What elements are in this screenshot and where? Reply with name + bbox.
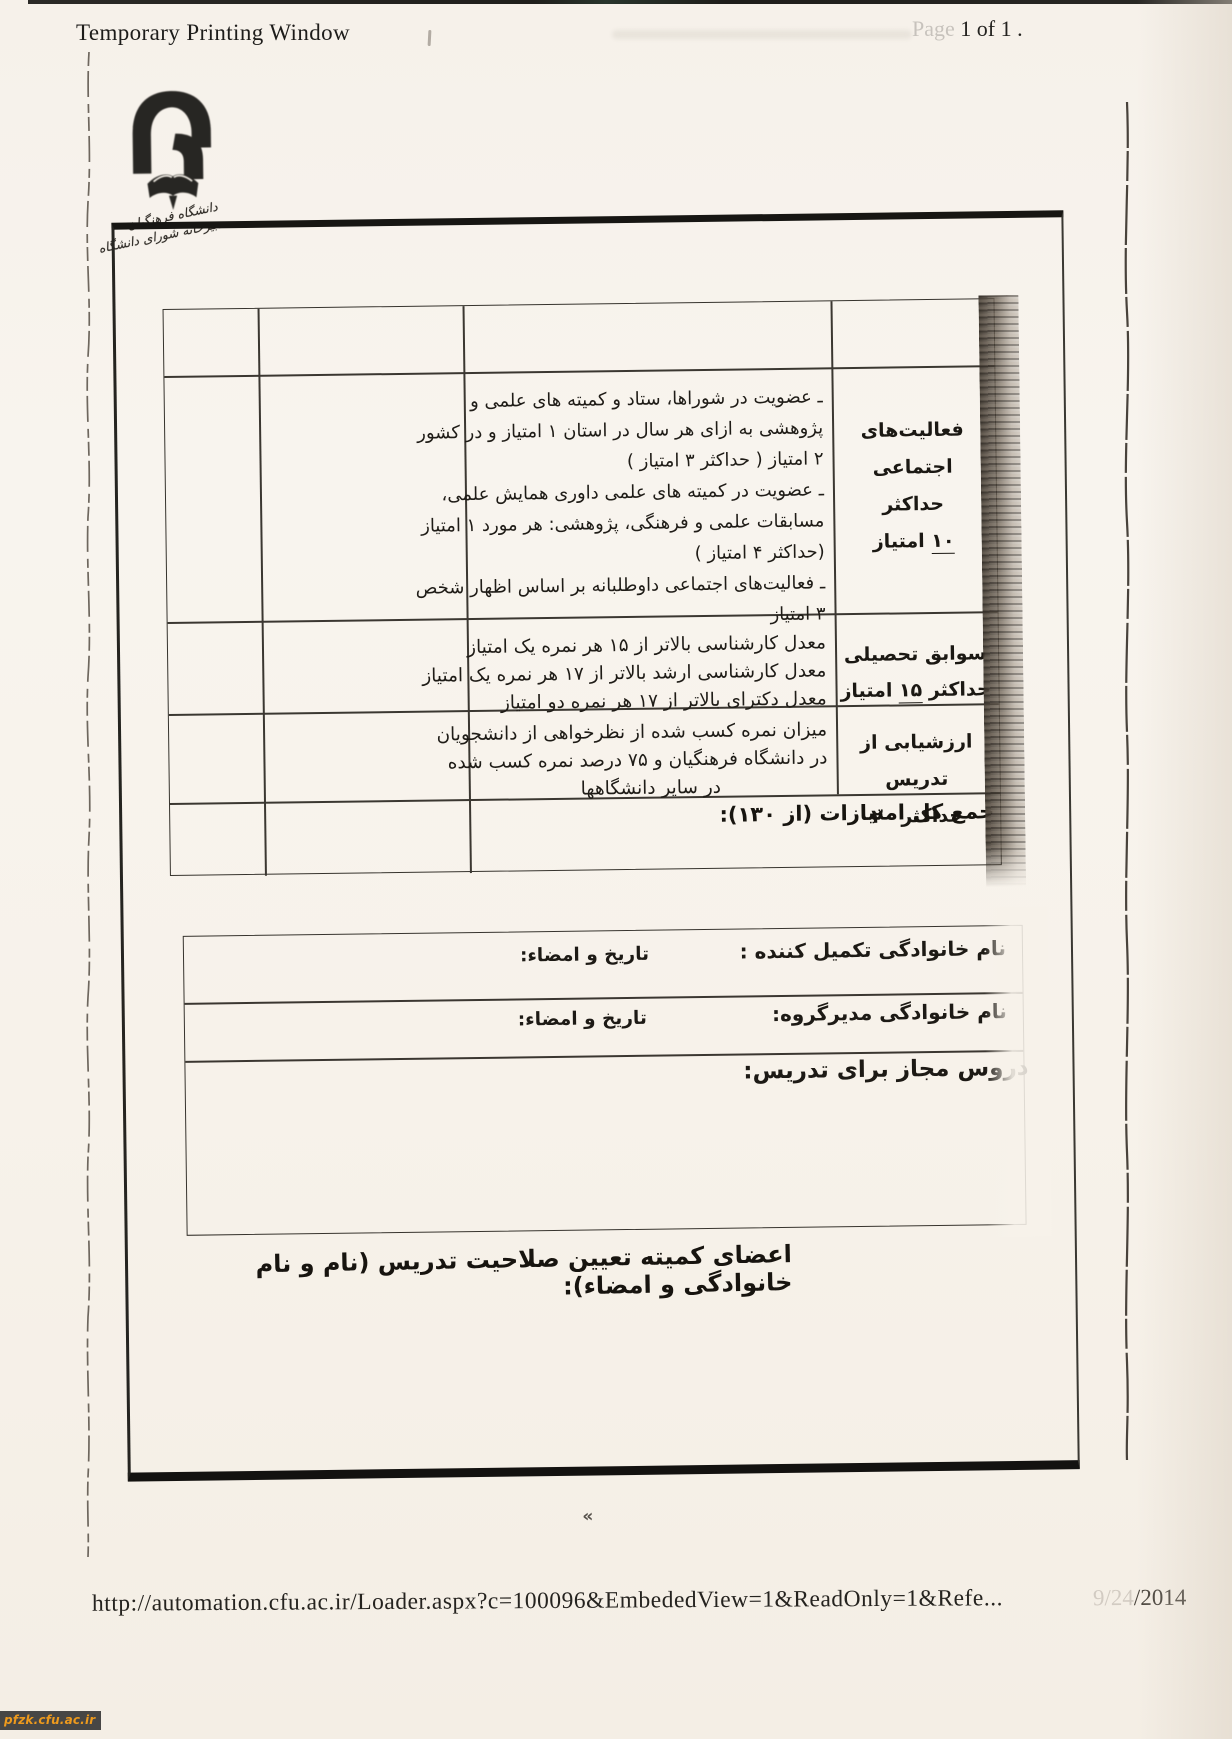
footer-date: 9/24/2014	[1093, 1585, 1186, 1612]
desc-line: ـ عضویت در کمیته های علمی داوری همایش عل…	[470, 474, 824, 510]
completer-name-label: نام خانوادگی تکمیل کننده :	[701, 936, 1006, 964]
allowed-courses-label: دروس مجاز برای تدریس:	[642, 1055, 1028, 1086]
criteria-label-social: فعالیت‌های اجتماعی حداکثر ۱۰ امتیاز	[832, 411, 994, 561]
criteria-desc-academic: معدل کارشناسی بالاتر از ۱۵ هر نمره یک ام…	[472, 629, 827, 718]
criteria-desc-evaluation: میزان نمره کسب شده از نظرخواهی از دانشجو…	[473, 716, 828, 805]
total-score-label: جمع کل امتیازات (از ۱۳۰):	[719, 799, 994, 827]
desc-line: معدل دکترای بالاتر از ۱۷ هر نمره دو امتی…	[473, 685, 827, 718]
desc-line: ـ فعالیت‌های اجتماعی داوطلبانه بر اساس ا…	[471, 567, 825, 603]
criteria-label-academic: سوابق تحصیلی حداکثر ۱۵ امتیاز	[835, 635, 996, 709]
table-grid-line	[258, 309, 267, 876]
desc-line: ۲ امتیاز ( حداکثر ۳ امتیاز )	[469, 443, 823, 479]
quote-mark: «	[582, 1507, 593, 1527]
label-score-line: ۱۰ امتیاز	[833, 522, 993, 561]
desc-line: مسابقات علمی و فرهنگی، پژوهشی: هر مورد ۱…	[470, 505, 824, 541]
date-signature-label-2: تاریخ و امضاء:	[497, 1008, 647, 1031]
desc-line: پژوهشی به ازای هر سال در استان ۱ امتیاز …	[469, 412, 823, 448]
farhangian-logo-icon	[116, 85, 230, 212]
scan-right-fade	[983, 907, 1051, 1238]
label-line: حداکثر	[833, 485, 993, 524]
desc-line: در دانشگاه فرهنگیان و ۷۵ درصد نمره کسب ش…	[473, 744, 827, 777]
label-line: فعالیت‌های	[832, 411, 992, 450]
desc-line: ـ عضویت در شوراها، ستاد و کمیته های علمی…	[469, 381, 823, 417]
label-line: ارزشیابی از تدریس	[836, 723, 997, 799]
committee-members-label: اعضای کمیته تعیین صلاحیت تدریس (نام و نا…	[190, 1240, 793, 1308]
scan-shadow-band	[978, 295, 1026, 887]
desc-line: در سایر دانشگاهها	[474, 772, 828, 805]
watermark-badge: pfzk.cfu.ac.ir	[0, 1711, 101, 1730]
scanned-document: دانشگاه فرهنگیان دبیرخانه شورای دانشگاه …	[0, 0, 1232, 1739]
department-head-label: نام خانوادگی مدیرگروه:	[702, 999, 1007, 1027]
criteria-desc-social: ـ عضویت در شوراها، ستاد و کمیته های علمی…	[469, 381, 826, 634]
desc-line: (حداکثر ۴ امتیاز )	[471, 536, 825, 572]
table-grid-line	[164, 365, 994, 377]
label-score-line: حداکثر ۱۵ امتیاز	[835, 671, 995, 709]
date-signature-label-1: تاریخ و امضاء:	[499, 944, 649, 967]
label-line: اجتماعی	[832, 448, 992, 487]
scanned-print-preview: { "window": { "title": "Temporary Printi…	[0, 0, 1232, 1739]
label-line: سوابق تحصیلی	[835, 635, 995, 673]
footer-url: http://automation.cfu.ac.ir/Loader.aspx?…	[92, 1585, 1003, 1618]
desc-line: ۳ امتیاز	[471, 598, 825, 634]
criteria-table: فعالیت‌های اجتماعی حداکثر ۱۰ امتیاز ـ عض…	[163, 298, 1002, 876]
